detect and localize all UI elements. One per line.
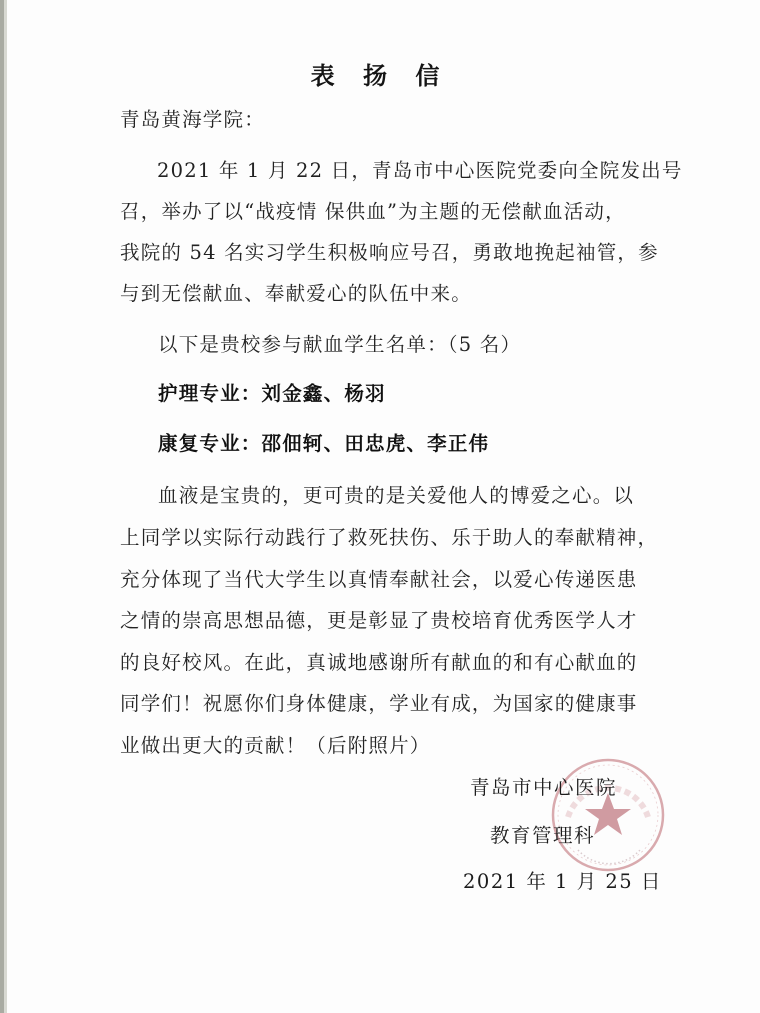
signature-date: 2021 年 1 月 25 日 xyxy=(463,866,662,894)
major-label: 康复专业： xyxy=(158,432,262,455)
paragraph-1-line: 2021 年 1 月 22 日，青岛市中心医院党委向全院发出号 xyxy=(157,155,683,183)
scan-edge-shadow xyxy=(4,0,7,1013)
student-list-intro: 以下是贵校参与献血学生名单：（5 名） xyxy=(158,329,521,357)
major-rehabilitation: 康复专业：邵佃轲、田忠虎、李正伟 xyxy=(158,428,489,456)
signature-organization: 青岛市中心医院 xyxy=(470,772,617,800)
paragraph-2-line: 业做出更大的贡献！（后附照片） xyxy=(120,730,431,758)
paragraph-2-line: 充分体现了当代大学生以真情奉献社会，以爱心传递医患 xyxy=(120,564,638,592)
paragraph-2-line: 同学们！祝愿你们身体健康，学业有成，为国家的健康事 xyxy=(120,688,638,716)
letter-title: 表 扬 信 xyxy=(0,56,760,91)
paragraph-2-line: 之情的崇高思想品德，更是彰显了贵校培育优秀医学人才 xyxy=(120,605,638,633)
major-label: 护理专业： xyxy=(158,382,262,405)
paragraph-1-line: 召，举办了以“战疫情 保供血”为主题的无偿献血活动， xyxy=(120,196,626,224)
paragraph-2-line: 血液是宝贵的，更可贵的是关爱他人的博爱之心。以 xyxy=(158,480,634,508)
student-names: 刘金鑫、杨羽 xyxy=(262,382,386,405)
salutation: 青岛黄海学院： xyxy=(120,104,265,132)
signature-department: 教育管理科 xyxy=(490,820,595,848)
student-names: 邵佃轲、田忠虎、李正伟 xyxy=(262,432,490,455)
paragraph-1-line: 与到无偿献血、奉献爱心的队伍中来。 xyxy=(120,278,472,306)
major-nursing: 护理专业：刘金鑫、杨羽 xyxy=(158,378,386,406)
paragraph-2-line: 的良好校风。在此，真诚地感谢所有献血的和有心献血的 xyxy=(120,647,638,675)
paragraph-2-line: 上同学以实际行动践行了救死扶伤、乐于助人的奉献精神， xyxy=(120,522,658,550)
paragraph-1-line: 我院的 54 名实习学生积极响应号召，勇敢地挽起袖管，参 xyxy=(120,237,659,265)
